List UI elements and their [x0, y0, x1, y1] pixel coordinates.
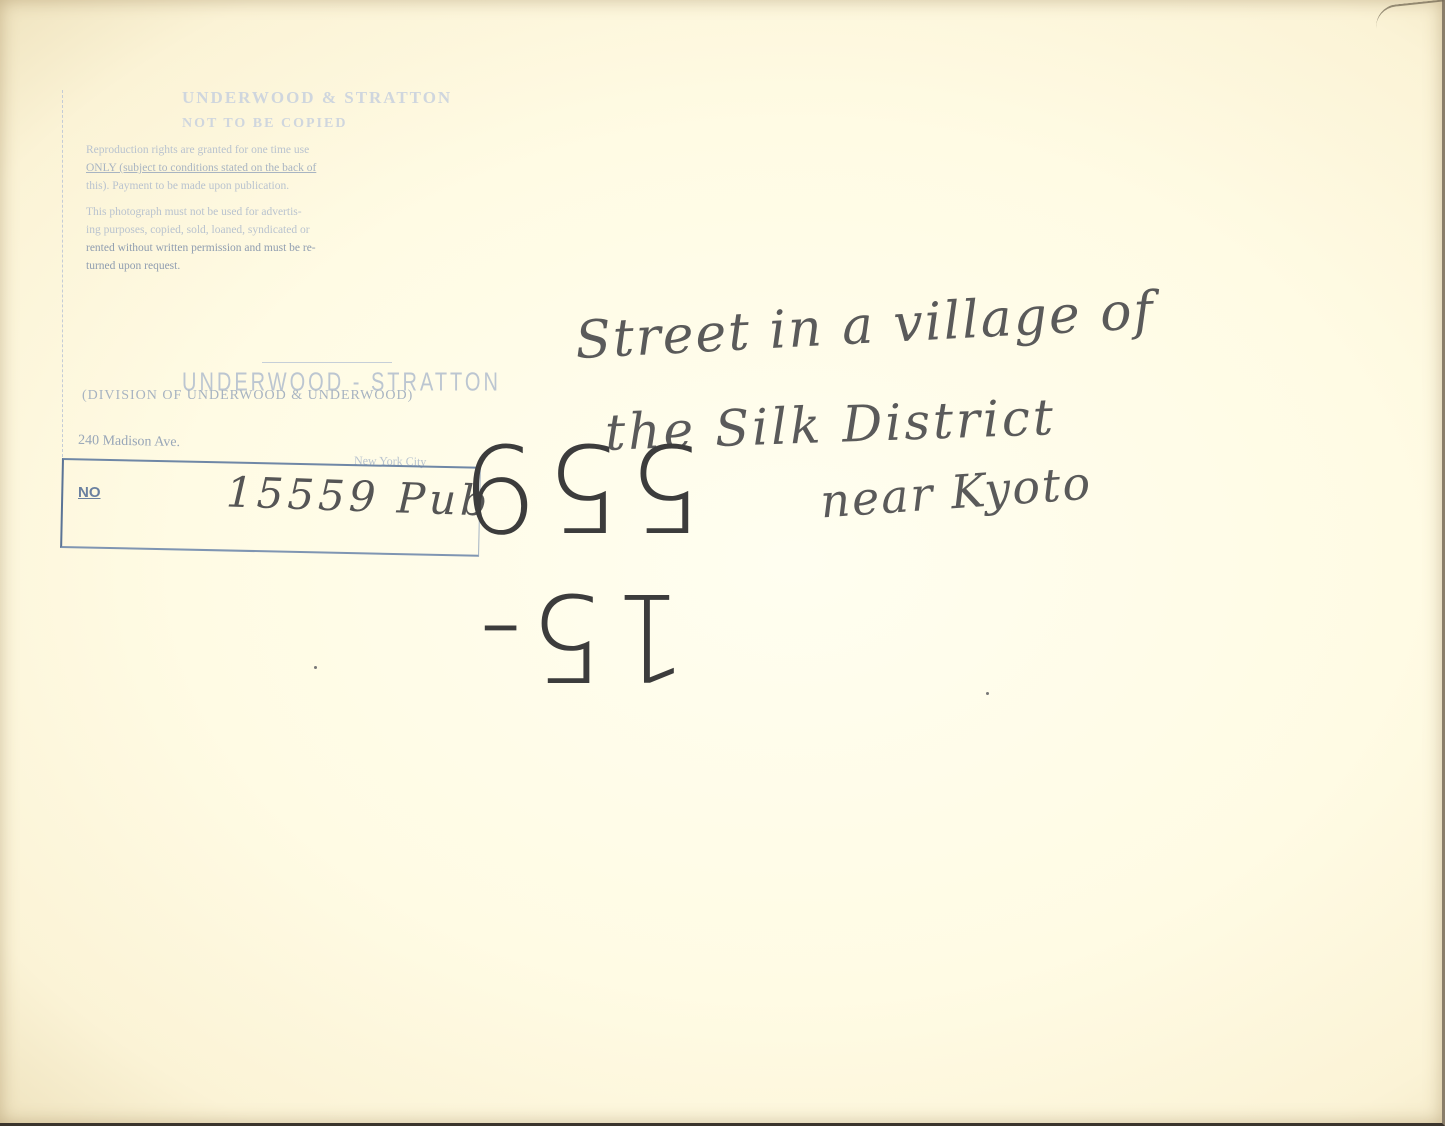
stamp-number-label: NO	[78, 484, 101, 501]
stamp-border	[62, 90, 63, 462]
stamp-body-line: This photograph must not be used for adv…	[86, 206, 302, 218]
photo-back-paper: UNDERWOOD & STRATTON NOT TO BE COPIED Re…	[0, 0, 1445, 1126]
stamp-body-line: Reproduction rights are granted for one …	[86, 144, 309, 156]
caption-line-1: Street in a village of	[574, 281, 1156, 371]
corner-crease	[1374, 0, 1445, 29]
inverted-pencil-number: 15-559	[390, 560, 770, 710]
stamp-body-line: this). Payment to be made upon publicati…	[86, 180, 289, 192]
stamp-division: (DIVISION OF UNDERWOOD & UNDERWOOD)	[82, 388, 413, 404]
caption-line-3: near Kyoto	[818, 456, 1093, 529]
stamp-body-line: ing purposes, copied, sold, loaned, synd…	[86, 224, 310, 236]
stamp-body-line: rented without written permission and mu…	[86, 242, 316, 254]
stamp-divider	[262, 362, 392, 363]
agency-stamp: UNDERWOOD & STRATTON NOT TO BE COPIED Re…	[62, 60, 482, 490]
stamp-header-1: UNDERWOOD & STRATTON	[182, 88, 452, 108]
stamp-address: 240 Madison Ave.	[78, 433, 180, 451]
handwritten-catalog-number: 15559 Pub	[225, 467, 492, 525]
pencil-mark	[314, 666, 317, 669]
stamp-header-2: NOT TO BE COPIED	[182, 116, 347, 132]
stamp-body-line: turned upon request.	[86, 260, 180, 272]
stamp-body-line: ONLY (subject to conditions stated on th…	[86, 162, 316, 174]
pencil-mark	[986, 692, 989, 695]
